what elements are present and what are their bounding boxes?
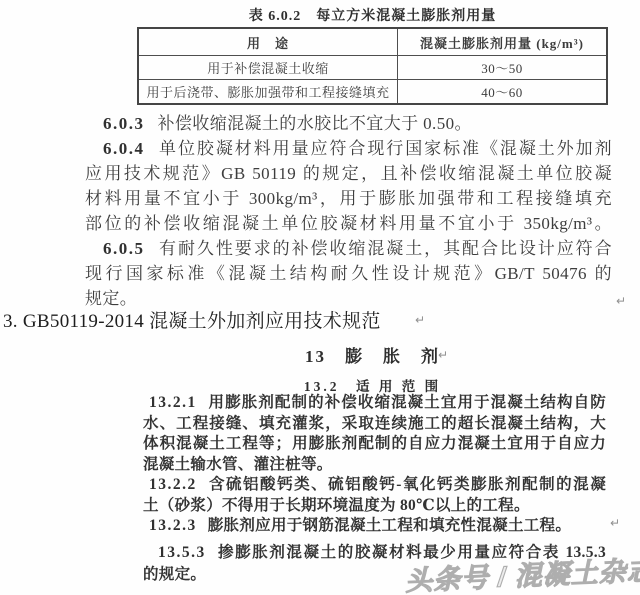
clause-number: 13.2.2 <box>149 476 197 493</box>
expansion-agent-dosage-table: 用 途 混凝土膨胀剂用量 (kg/m³) 用于补偿混凝土收缩 30～50 用于后… <box>137 27 608 105</box>
clause-text: 单位胶凝材料用量应符合现行国家标准《混凝土外加剂 <box>158 139 613 158</box>
header-dosage: 混凝土膨胀剂用量 (kg/m³) <box>398 28 608 56</box>
return-mark-icon: ↵ <box>610 516 620 530</box>
clause-number: 13.2.3 <box>149 517 197 534</box>
clause-line: 6.0.3补偿收缩混凝土的水胶比不宜大于 0.50。 <box>85 111 612 136</box>
clause-6-0-4: 6.0.4单位胶凝材料用量应符合现行国家标准《混凝土外加剂 应用技术规范》GB … <box>85 136 612 236</box>
chapter-heading: 13 膨 胀 剂 <box>137 342 608 367</box>
return-mark-icon: ↵ <box>616 294 626 308</box>
clause-line: 水、工程接缝、填充灌浆，采取连续施工的超长混凝土结构，大 <box>143 414 606 435</box>
clause-line: 13.2.3膨胀剂应用于钢筋混凝土工程和填充性混凝土工程。 <box>143 516 606 537</box>
scanned-document-page: 表 6.0.2 每立方米混凝土膨胀剂用量 用 途 混凝土膨胀剂用量 (kg/m³… <box>0 0 640 595</box>
clause-text: 膨胀剂应用于钢筋混凝土工程和填充性混凝土工程。 <box>208 517 571 534</box>
clause-number: 6.0.5 <box>103 239 145 258</box>
clause-text: 有耐久性要求的补偿收缩混凝土，其配合比设计应符合 <box>158 239 613 258</box>
clause-line: 6.0.5有耐久性要求的补偿收缩混凝土，其配合比设计应符合 <box>85 236 612 261</box>
clause-line: 13.2.1用膨胀剂配制的补偿收缩混凝土宜用于混凝土结构自防 <box>143 393 606 414</box>
clause-6-0-5: 6.0.5有耐久性要求的补偿收缩混凝土，其配合比设计应符合 现行国家标准《混凝土… <box>85 236 612 311</box>
cell-usage: 用于补偿混凝土收缩 <box>138 56 398 80</box>
table-row: 用于后浇带、膨胀加强带和工程接缝填充 40～60 <box>138 80 607 105</box>
table-caption: 表 6.0.2 每立方米混凝土膨胀剂用量 <box>137 5 608 25</box>
table-header-row: 用 途 混凝土膨胀剂用量 (kg/m³) <box>138 28 607 56</box>
clause-number: 6.0.4 <box>103 139 145 158</box>
clause-text: 含硫铝酸钙类、硫铝酸钙-氧化钙类膨胀剂配制的混凝 <box>208 476 606 493</box>
clause-line: 13.2.2含硫铝酸钙类、硫铝酸钙-氧化钙类膨胀剂配制的混凝 <box>143 475 606 496</box>
list-item-heading: 3. GB50119-2014 混凝土外加剂应用技术规范 <box>3 308 381 336</box>
header-usage: 用 途 <box>138 28 398 56</box>
clause-line: 现行国家标准《混凝土结构耐久性设计规范》GB/T 50476 的 <box>85 261 612 286</box>
clause-6-0-3: 6.0.3补偿收缩混凝土的水胶比不宜大于 0.50。 <box>85 111 612 136</box>
cell-dosage: 30～50 <box>398 56 608 80</box>
clause-number: 13.5.3 <box>158 544 206 561</box>
return-mark-icon: ↵ <box>415 313 425 327</box>
clause-text: 用膨胀剂配制的补偿收缩混凝土宜用于混凝土结构自防 <box>208 394 606 411</box>
section-heading: 13.2 适 用 范 围 <box>137 375 608 395</box>
clause-line: 应用技术规范》GB 50119 的规定，且补偿收缩混凝土单位胶凝 <box>85 161 612 186</box>
clause-line: 部位的补偿收缩混凝土单位胶凝材料用量不宜小于 350kg/m³。 <box>85 211 612 236</box>
cell-dosage: 40～60 <box>398 80 608 105</box>
clause-number: 13.2.1 <box>149 394 197 411</box>
clause-line: 材料用量不宜小于 300kg/m³，用于膨胀加强带和工程接缝填充 <box>85 186 612 211</box>
cell-usage: 用于后浇带、膨胀加强带和工程接缝填充 <box>138 80 398 105</box>
return-mark-icon: ↵ <box>438 348 448 362</box>
clause-line: 混凝土输水管、灌注桩等。 <box>143 455 606 476</box>
clause-line: 体积混凝土工程等；用膨胀剂配制的自应力混凝土宜用于自应力 <box>143 434 606 455</box>
clause-line: 土（砂浆）不得用于长期环境温度为 80℃以上的工程。 <box>143 496 606 517</box>
table-row: 用于补偿混凝土收缩 30～50 <box>138 56 607 80</box>
clause-number: 6.0.3 <box>103 114 145 133</box>
clause-text: 补偿收缩混凝土的水胶比不宜大于 0.50。 <box>158 114 472 133</box>
clause-line: 6.0.4单位胶凝材料用量应符合现行国家标准《混凝土外加剂 <box>85 136 612 161</box>
clause-13-2-block: 13.2.1用膨胀剂配制的补偿收缩混凝土宜用于混凝土结构自防 水、工程接缝、填充… <box>143 393 606 537</box>
